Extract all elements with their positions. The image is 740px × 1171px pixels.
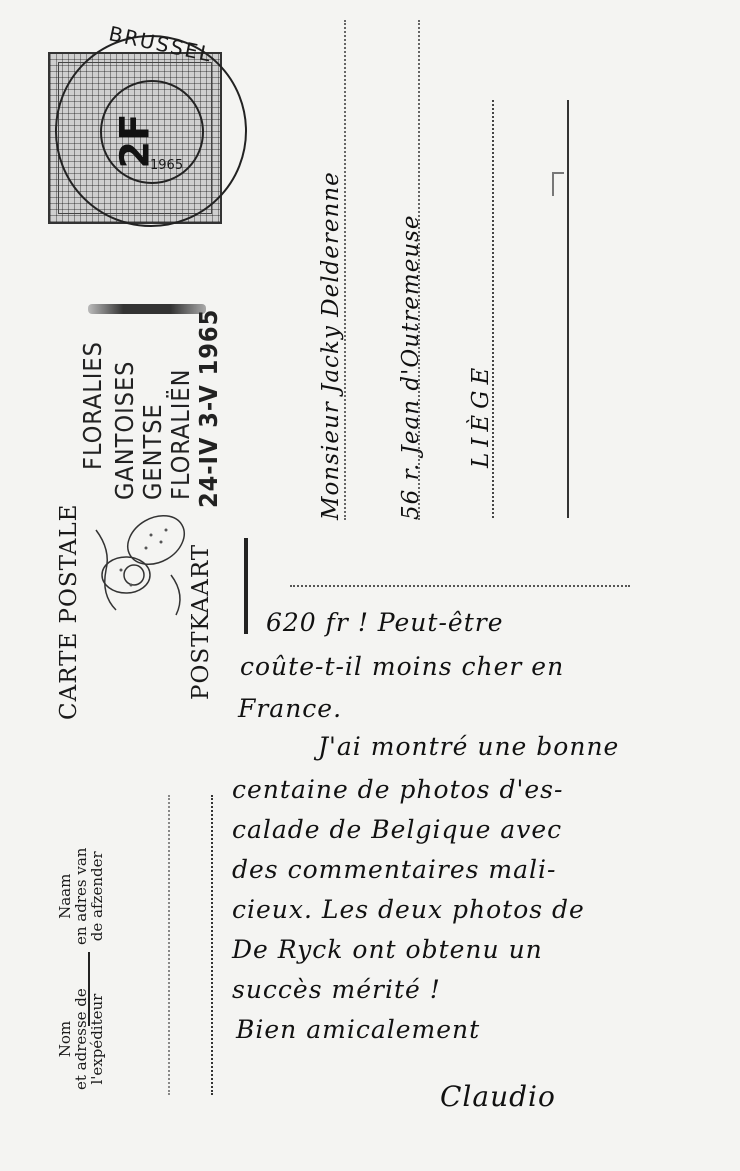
slogan-line-1: FLORALIES [80,341,105,470]
message-line-11: Bien amicalement [236,1015,480,1044]
card-title-fr: CARTE POSTALE [56,504,82,720]
message-line-2: coûte-t-il moins cher en [240,652,564,681]
address-line-3: LIÈGE [468,362,494,468]
address-dotted-line-3 [492,100,494,518]
address-dotted-line-1 [344,20,346,520]
sender-line-1 [168,795,170,1095]
sender-line-2 [211,795,213,1095]
cancel-bar [88,304,206,314]
signature: Claudio [440,1080,556,1113]
message-line-7: des commentaires mali- [232,855,556,884]
message-divider [244,538,248,634]
slogan-line-3: GENTSE [140,403,165,500]
message-line-3: France. [238,694,342,723]
message-line-5: centaine de photos d'es- [232,775,563,804]
slogan-date: 24-IV 3-V 1965 [196,309,221,508]
message-line-4: J'ai montré une bonne [318,732,619,761]
address-line-solid [567,100,569,518]
postmark-date: 1965 [150,158,183,173]
address-dotted-line-2 [418,20,420,520]
sender-divider [88,952,90,1026]
sender-label-nl: Naam en adres van de afzender [58,848,105,945]
message-line-9: De Ryck ont obtenu un [232,935,543,964]
message-line-6: calade de Belgique avec [232,815,562,844]
address-bottom-dotted-line [290,585,630,587]
flower-illustration-icon [86,500,196,620]
message-line-10: succès mérité ! [232,975,441,1004]
slogan-line-2: GANTOISES [112,361,137,500]
card-title-nl: POSTKAART [188,544,214,700]
address-line-1: Monsieur Jacky Delderenne [318,171,344,520]
sender-label-fr: Nom et adresse de l'expéditeur [58,988,105,1090]
address-line-2: 56 r. Jean d'Outremeuse [398,214,424,520]
address-mark [552,172,564,196]
slogan-line-4: FLORALIËN [168,369,193,500]
message-line-1: 620 fr ! Peut-être [266,608,503,637]
message-line-8: cieux. Les deux photos de [232,895,585,924]
